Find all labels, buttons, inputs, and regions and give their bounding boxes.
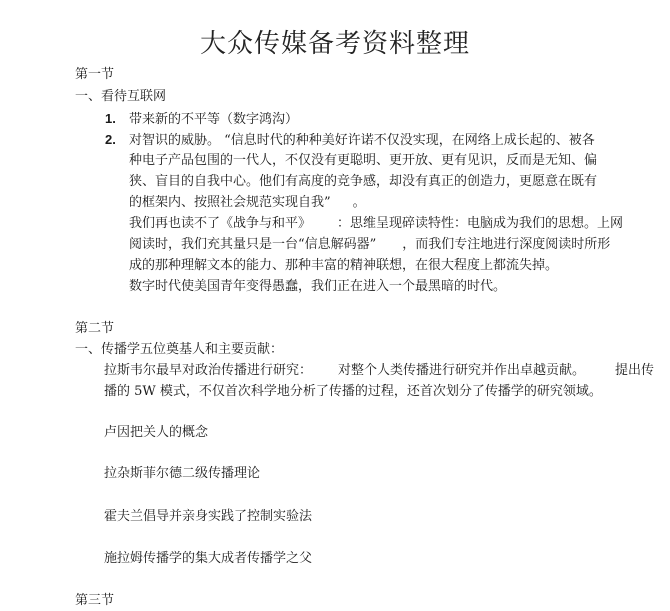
list-item-2-text: 对智识的威胁。 “信息时代的种种美好许诺不仅没实现，在网络上成长起的、被各 (129, 133, 595, 148)
paragraph-line: 种电子产品包围的一代人，不仅没有更聪明、更开放、更有见识，反而是无知、偏 (129, 152, 597, 170)
section-2-heading: 第二节 (75, 320, 114, 338)
document-page: 大众传媒备考资料整理 第一节 一、看待互联网 1.带来新的不平等（数字鸿沟） 2… (0, 0, 670, 611)
section-1-heading: 第一节 (75, 66, 114, 84)
period-text: 。 (353, 195, 366, 210)
founder-hovland: 霍夫兰倡导并亲身实践了控制实验法 (104, 508, 312, 526)
lasswell-proposed-text: 提出传 (615, 363, 654, 378)
lasswell-contribution-text: 对整个人类传播进行研究并作出卓越贡献。 (338, 363, 585, 378)
paragraph-line: 狭、盲目的自我中心。他们有高度的竞争感，却没有真正的创造力，更愿意在既有 (129, 173, 597, 191)
paragraph-line: 阅读时，我们充其量只是一台“信息解码器”，而我们专注地进行深度阅读时所形 (129, 236, 610, 254)
list-item-2: 2.对智识的威胁。 “信息时代的种种美好许诺不仅没实现，在网络上成长起的、被各 (105, 131, 595, 150)
list-item-2-number: 2. (105, 131, 127, 149)
list-item-1-text: 带来新的不平等（数字鸿沟） (129, 112, 298, 127)
lasswell-line-1: 拉斯韦尔最早对政治传播进行研究：对整个人类传播进行研究并作出卓越贡献。提出传 (104, 362, 654, 380)
war-and-peace-text: 我们再也读不了《战争与和平》 (129, 216, 311, 231)
document-title: 大众传媒备考资料整理 (0, 26, 670, 62)
paragraph-line: 数字时代使美国青年变得愚蠢，我们正在进入一个最黑暗的时代。 (129, 278, 506, 296)
section-1-subheading: 一、看待互联网 (75, 88, 166, 106)
quote-end-text: 的框架内、按照社会规范实现自我” (129, 195, 331, 210)
decoder-text: 阅读时，我们充其量只是一台“信息解码器” (129, 237, 376, 252)
founder-schramm: 施拉姆传播学的集大成者传播学之父 (104, 550, 312, 568)
lasswell-line-2: 播的 5W 模式，不仅首次科学地分析了传播的过程，还首次划分了传播学的研究领域。 (104, 383, 602, 401)
fragmented-reading-text: ：思维呈现碎读特性：电脑成为我们的思想。上网 (337, 216, 623, 231)
paragraph-line: 的框架内、按照社会规范实现自我”。 (129, 194, 366, 212)
section-2-subheading: 一、传播学五位奠基人和主要贡献： (75, 341, 283, 359)
lasswell-political-text: 拉斯韦尔最早对政治传播进行研究： (104, 363, 312, 378)
list-item-1-number: 1. (105, 110, 127, 128)
paragraph-line: 成的那种理解文本的能力、那种丰富的精神联想，在很大程度上都流失掉。 (129, 257, 558, 275)
list-item-1: 1.带来新的不平等（数字鸿沟） (105, 110, 298, 129)
founder-lewin: 卢因把关人的概念 (104, 424, 208, 442)
paragraph-line: 我们再也读不了《战争与和平》：思维呈现碎读特性：电脑成为我们的思想。上网 (129, 215, 623, 233)
section-3-heading: 第三节 (75, 592, 114, 610)
deep-reading-text: ，而我们专注地进行深度阅读时所形 (402, 237, 610, 252)
founder-lazarsfeld: 拉杂斯菲尔德二级传播理论 (104, 465, 260, 483)
